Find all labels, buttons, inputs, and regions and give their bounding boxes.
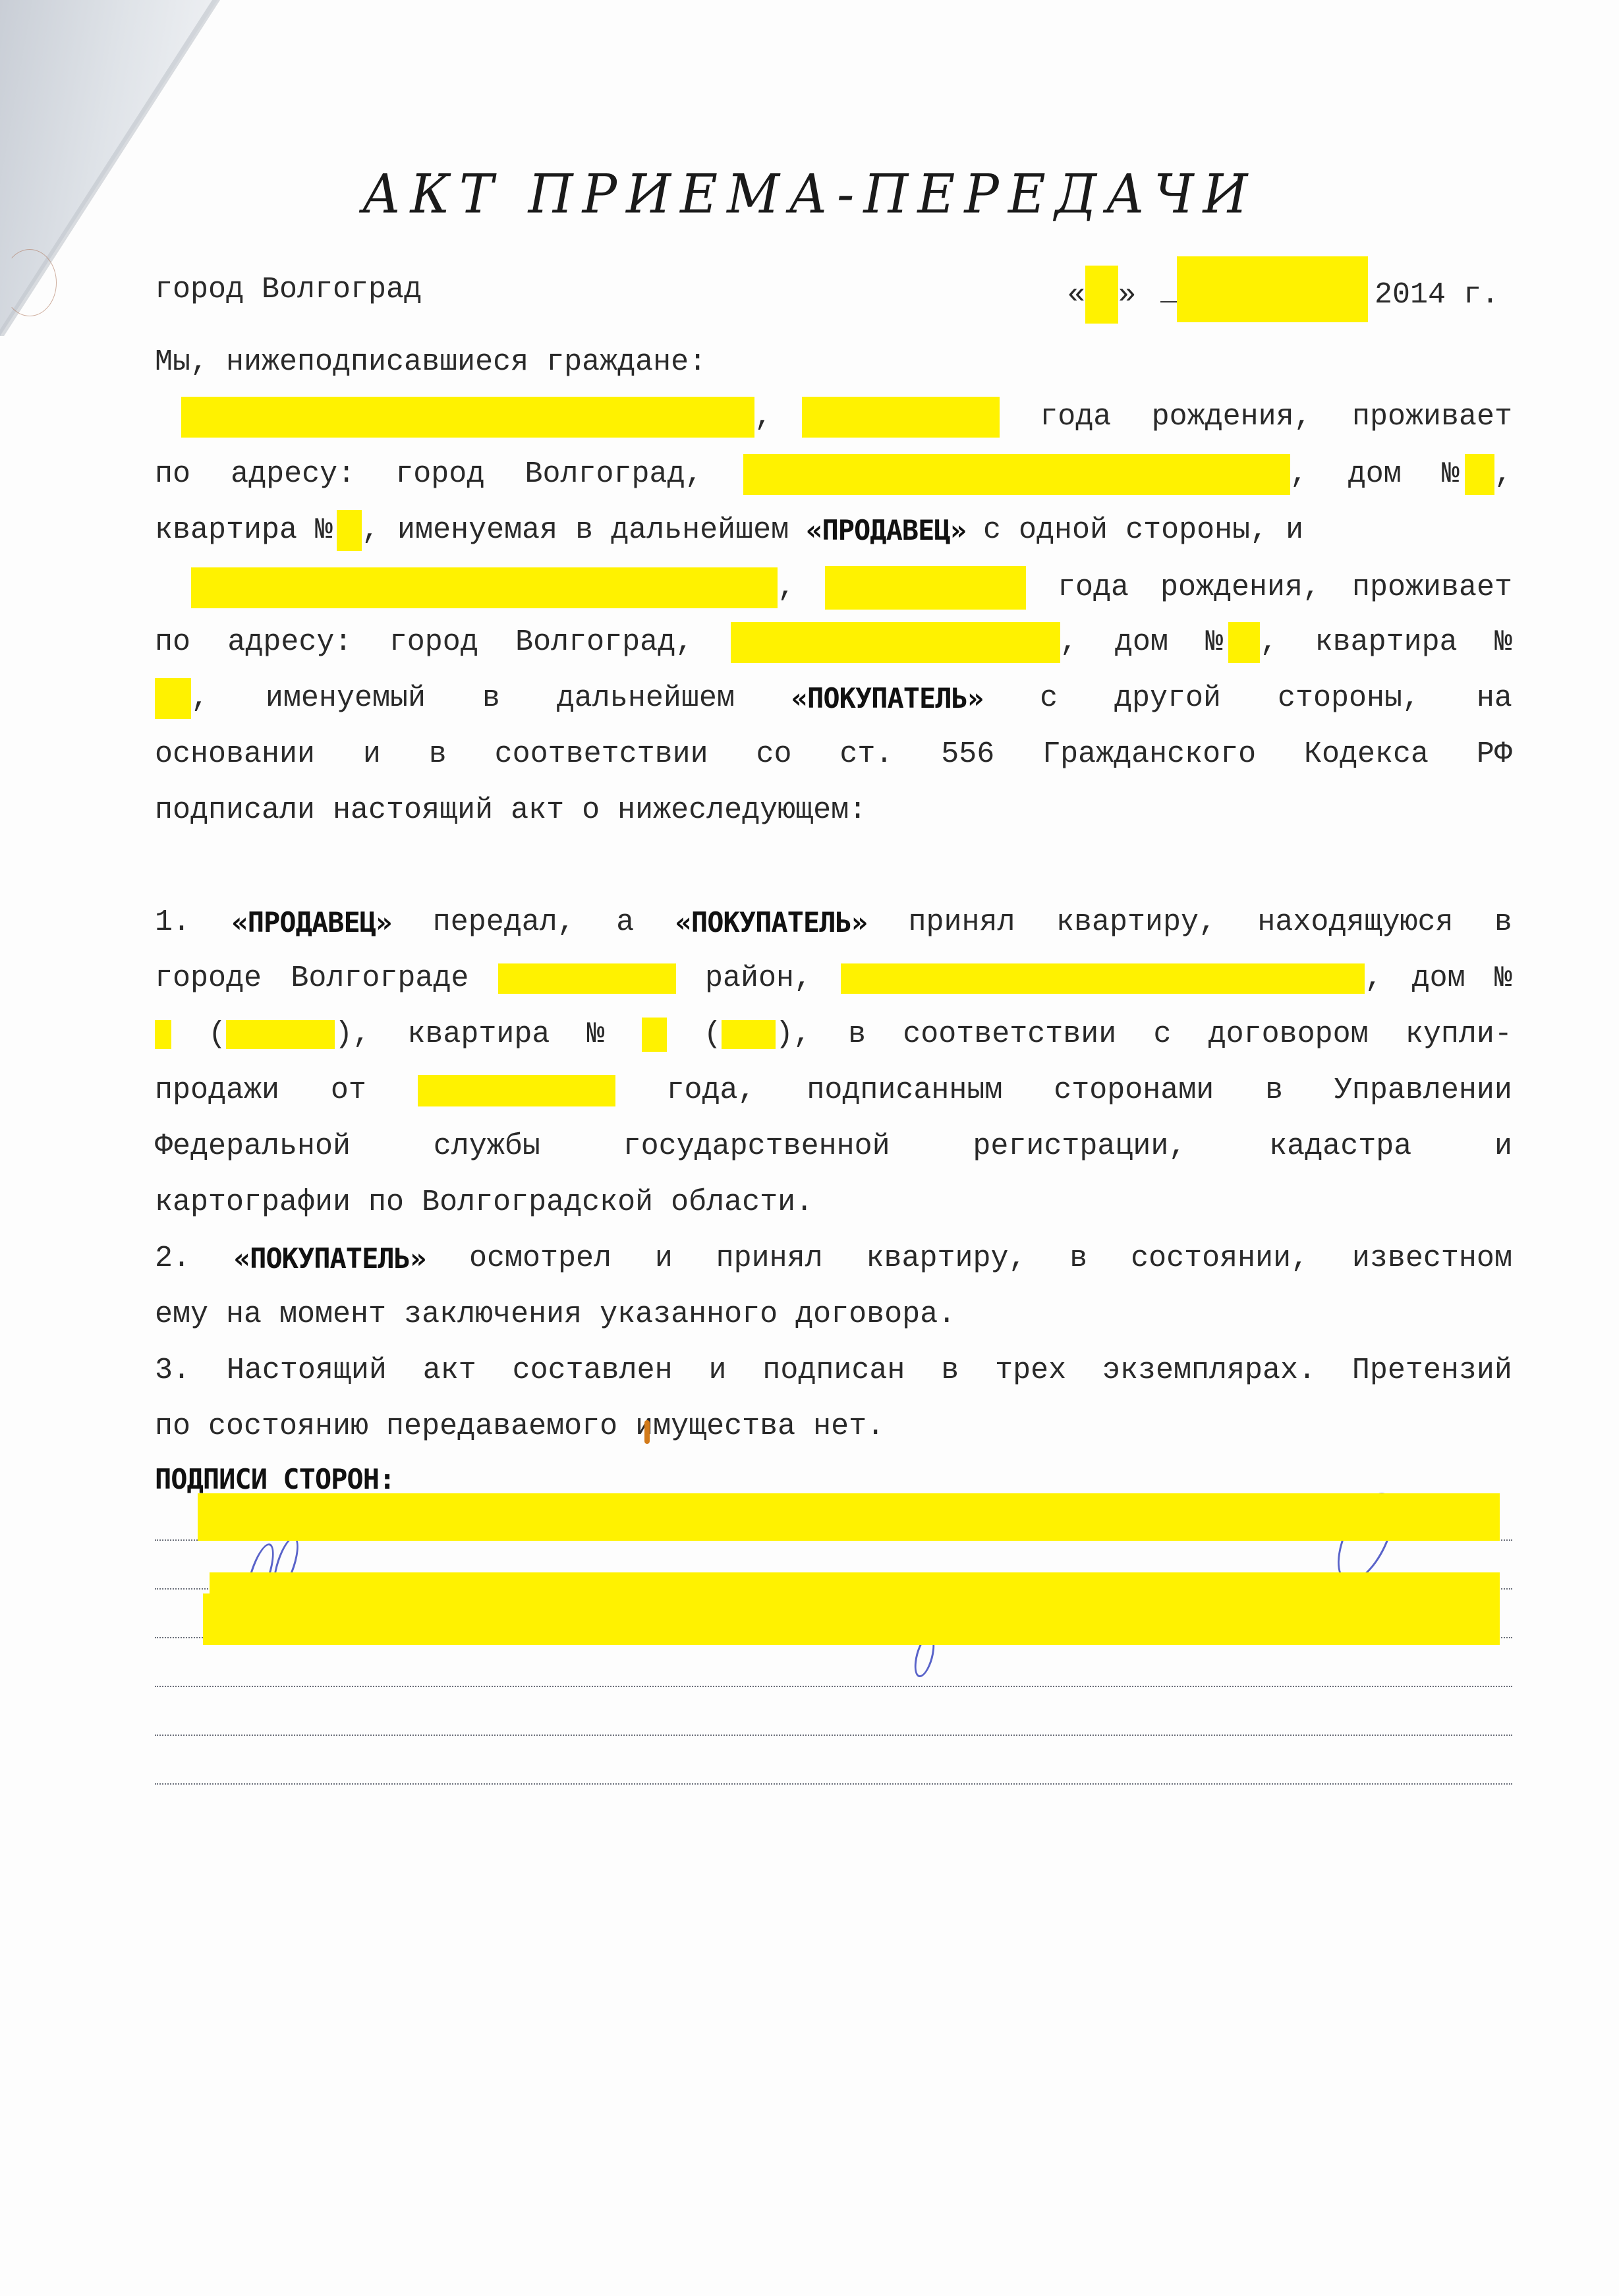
party1-line2: по адресу: город Волгоград, , дом №,	[155, 455, 1512, 494]
scan-artifact	[3, 249, 57, 316]
clause1-line6: картографии по Волгоградской области.	[155, 1183, 1512, 1222]
buyer-term: «ПОКУПАТЕЛЬ»	[791, 679, 983, 718]
redaction-property-apt	[642, 1018, 667, 1052]
redaction-signature-2b	[203, 1593, 229, 1645]
redaction-signature-1	[198, 1493, 1500, 1541]
redaction-month	[1177, 256, 1368, 322]
redaction-party2-birth	[825, 566, 1026, 610]
signature-line-6	[155, 1783, 1512, 1785]
redaction-party1-street	[743, 454, 1290, 495]
redaction-party1-name	[181, 397, 754, 438]
redaction-party2-street	[731, 622, 1060, 663]
clause3-line2: по состоянию передаваемого имущества нет…	[155, 1407, 1512, 1447]
clause1-line1: 1. «ПРОДАВЕЦ» передал, а «ПОКУПАТЕЛЬ» пр…	[155, 903, 1512, 942]
redaction-party1-birth	[802, 397, 1000, 438]
seller-term: «ПРОДАВЕЦ»	[806, 511, 966, 550]
clause1-line4: продажи от года, подписанным сторонами в…	[155, 1071, 1512, 1110]
redaction-house-words	[226, 1020, 335, 1049]
redaction-district	[498, 963, 676, 994]
redaction-contract-date	[418, 1075, 615, 1106]
redaction-property-street	[841, 963, 1365, 994]
city-date-line: город Волгоград «» 2014 г.	[155, 270, 1512, 310]
redaction-party2-house	[1228, 622, 1260, 663]
party2-line2: по адресу: город Волгоград, , дом №, ква…	[155, 623, 1512, 662]
redaction-party1-house	[1465, 454, 1494, 495]
clause1-line3: (), квартира № (), в соответствии с дого…	[155, 1015, 1512, 1054]
redaction-party1-apt	[337, 510, 362, 551]
party2-line3: , именуемый в дальнейшем «ПОКУПАТЕЛЬ» с …	[155, 679, 1512, 718]
clause2-line1: 2. «ПОКУПАТЕЛЬ» осмотрел и принял кварти…	[155, 1239, 1512, 1278]
redaction-property-house	[155, 1020, 171, 1049]
clause1-line2: городе Волгограде район, , дом №	[155, 959, 1512, 998]
intro: Мы, нижеподписавшиеся граждане:	[155, 343, 1512, 382]
party2-line5: подписали настоящий акт о нижеследующем:	[155, 791, 1512, 830]
date: «» 2014 г.	[1067, 256, 1499, 324]
signature-line-5	[155, 1735, 1512, 1736]
party1-line3: квартира № , именуемая в дальнейшем «ПРО…	[155, 511, 1512, 550]
document-page: АКТ ПРИЕМА-ПЕРЕДАЧИ город Волгоград «» 2…	[0, 0, 1619, 2296]
redaction-party2-apt	[155, 678, 191, 719]
party1-line1: , года рождения, проживает	[155, 397, 1512, 437]
clause1-line5: Федеральной службы государственной регис…	[155, 1127, 1512, 1166]
signature-line-4	[155, 1686, 1512, 1687]
redaction-signature-2	[210, 1572, 1500, 1645]
ink-spot	[644, 1420, 650, 1444]
party2-line4: основании и в соответствии со ст. 556 Гр…	[155, 735, 1512, 774]
redaction-apt-words	[722, 1020, 776, 1049]
redaction-party2-name	[191, 567, 778, 608]
clause3-line1: 3. Настоящий акт составлен и подписан в …	[155, 1351, 1512, 1391]
document-title: АКТ ПРИЕМА-ПЕРЕДАЧИ	[0, 163, 1619, 226]
city: город Волгоград	[155, 270, 422, 310]
party2-line1: , года рождения, проживает	[155, 568, 1512, 608]
year: 2014 г.	[1375, 278, 1499, 312]
redaction-day	[1085, 266, 1118, 324]
clause2-line2: ему на момент заключения указанного дого…	[155, 1295, 1512, 1335]
